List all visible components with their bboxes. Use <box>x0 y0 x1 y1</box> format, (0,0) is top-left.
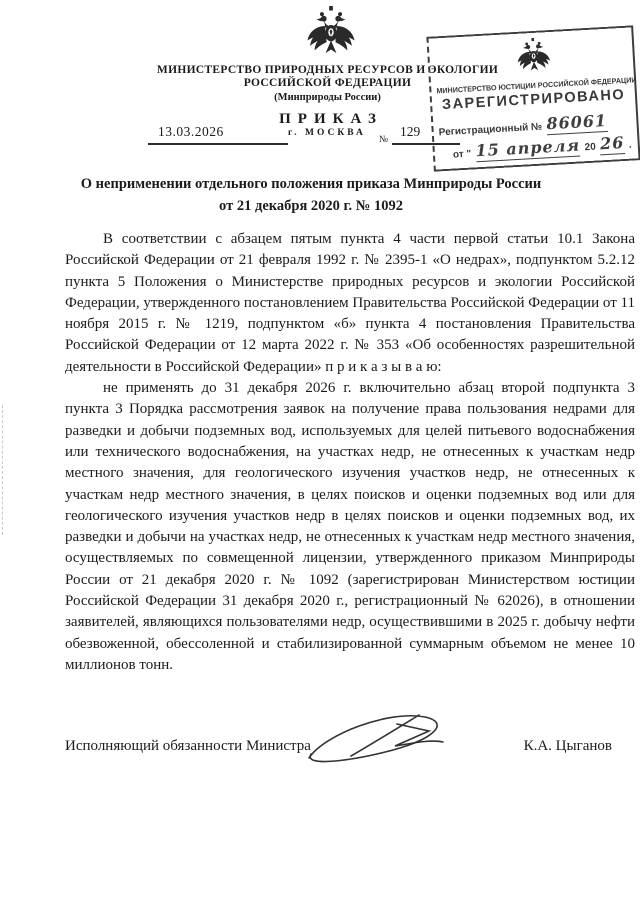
stamp-reg-number: 86061 <box>546 111 608 135</box>
scan-artifact <box>2 405 3 535</box>
date-underline <box>148 143 288 145</box>
stamp-date-year-printed: 20 <box>584 142 596 154</box>
coat-of-arms-icon <box>302 6 360 64</box>
order-title-line1: О неприменении отдельного положения прик… <box>65 173 557 195</box>
stamp-date-suffix: . <box>629 140 632 151</box>
number-sign: № <box>379 135 388 145</box>
order-title: О неприменении отдельного положения прик… <box>65 173 557 217</box>
order-body: В соответствии с абзацем пятым пункта 4 … <box>65 229 635 676</box>
registration-stamp: МИНИСТЕРСТВО ЮСТИЦИИ РОССИЙСКОЙ ФЕДЕРАЦИ… <box>426 25 640 171</box>
document-date: 13.03.2026 <box>158 124 224 140</box>
document-city: г. МОСКВА <box>288 128 366 138</box>
body-paragraph-directive: не применять до 31 декабря 2026 г. включ… <box>65 378 635 676</box>
document-page: МИНИСТЕРСТВО ПРИРОДНЫХ РЕСУРСОВ И ЭКОЛОГ… <box>0 0 640 905</box>
stamp-emblem-icon <box>513 37 555 79</box>
body-paragraph-preamble: В соответствии с абзацем пятым пункта 4 … <box>65 229 635 378</box>
signatory-position: Исполняющий обязанности Министра <box>65 738 311 755</box>
stamp-reg-label: Регистрационный № <box>438 122 542 139</box>
signatory-name: К.А. Цыганов <box>524 738 612 755</box>
signature-icon <box>295 698 467 786</box>
document-number: 129 <box>400 124 420 140</box>
stamp-date-prefix: от " <box>453 149 472 161</box>
stamp-date-day-month: 15 апреля <box>475 135 581 162</box>
stamp-date-year-written: 26 <box>600 133 625 155</box>
order-title-line2: от 21 декабря 2020 г. № 1092 <box>65 195 557 217</box>
